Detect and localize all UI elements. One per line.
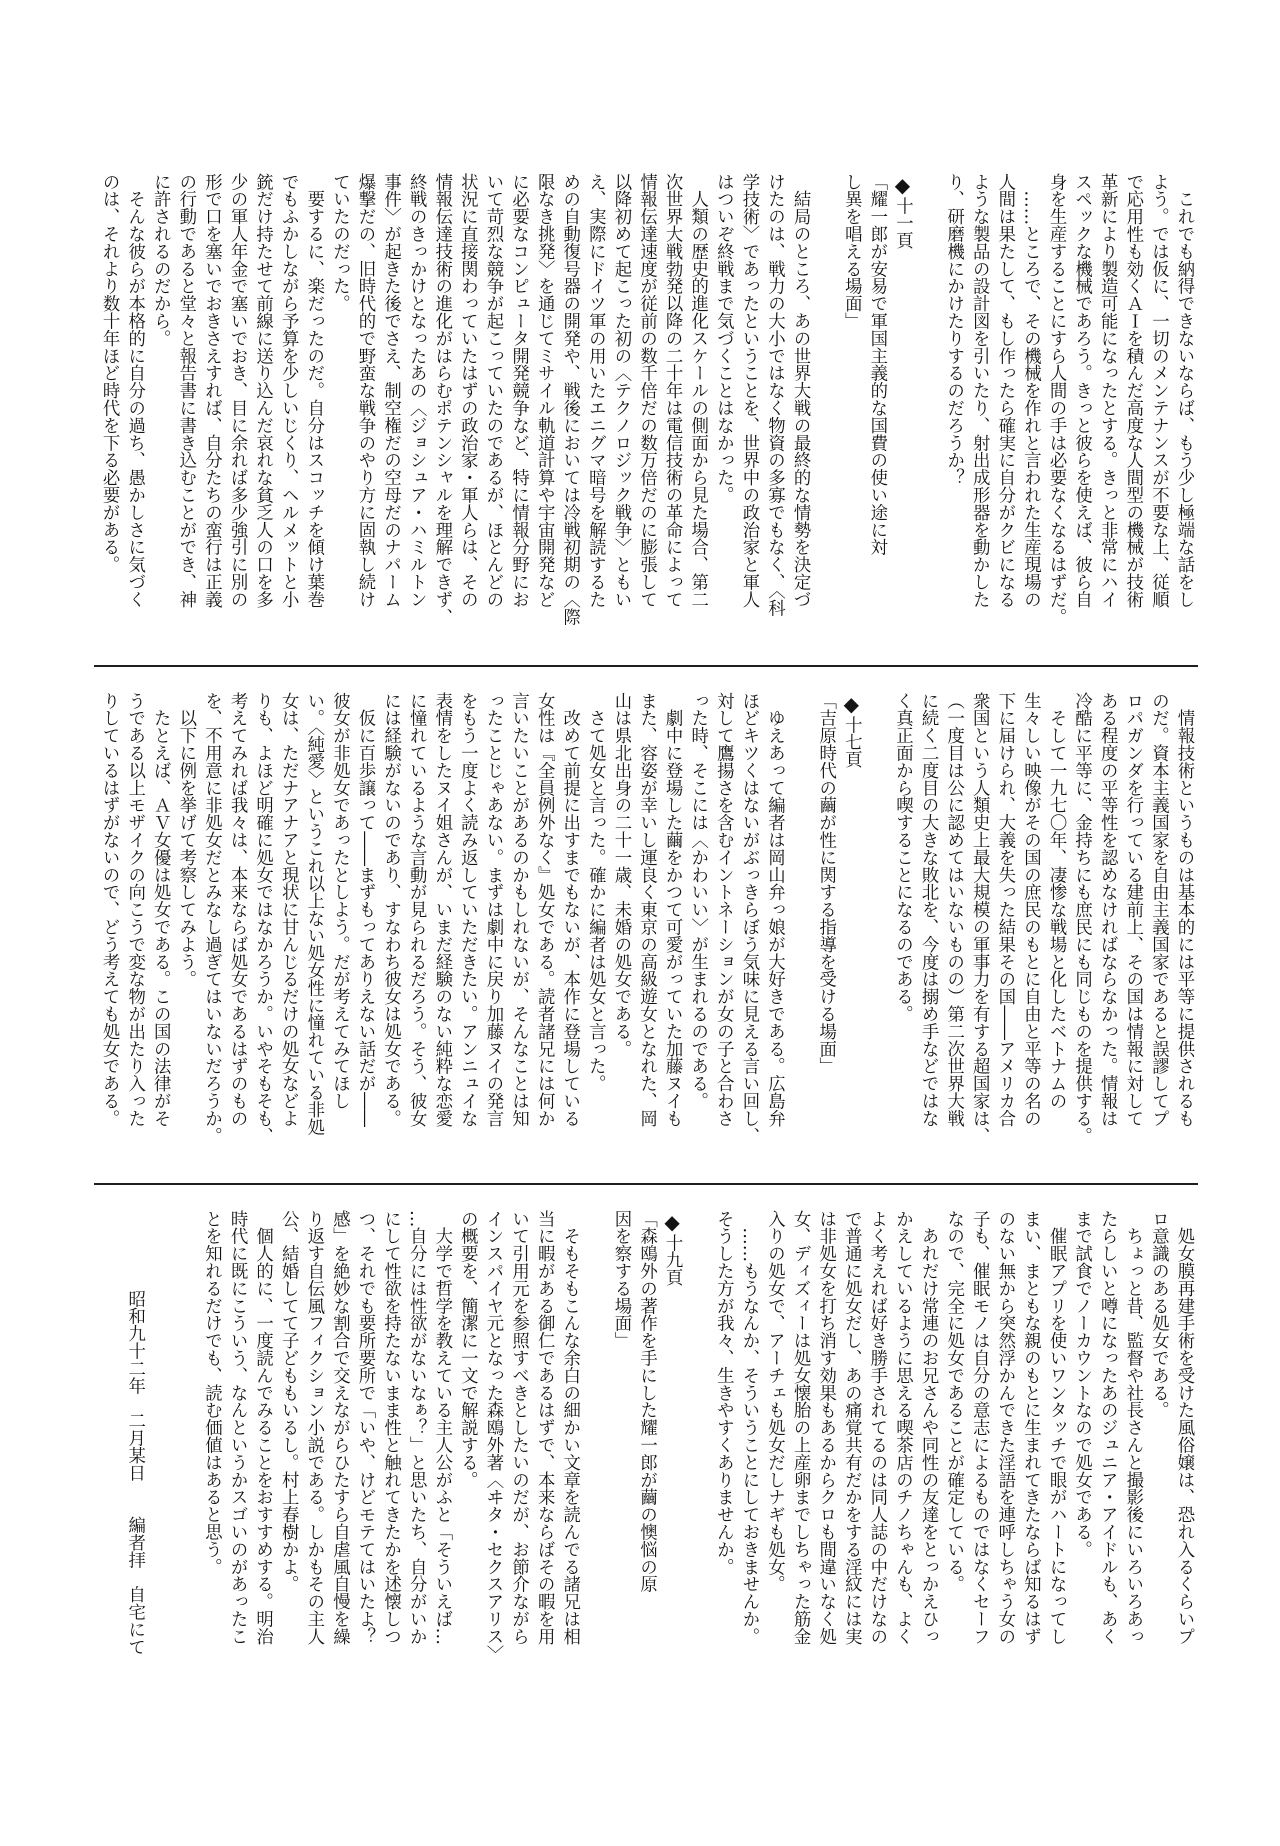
commentary-column: さて処女と言った。確かに編者は処女と言った。 xyxy=(582,692,608,1092)
text-column: 処女膜再建手術を受けた風俗嬢は、恐れ入るくらいプ xyxy=(1170,1210,1196,1645)
scene-caption-line: 「森鴎外の著作を手にした耀一郎が繭の懊悩の原 xyxy=(633,1210,659,1593)
column-spacer xyxy=(812,173,838,183)
text-column: スペックな機械であろう。きっと彼らを使えば、彼ら自 xyxy=(1068,173,1094,608)
commentary-column: 山は県北出身の二十一歳、未婚の処女である。 xyxy=(607,692,633,1057)
scene-caption-line: 「吉原時代の繭が性に関する指導を受ける場面」 xyxy=(812,692,838,1075)
text-column: 人間は果たして、もし作ったら確実に自分がクビになる xyxy=(991,173,1017,608)
section-heading: ◆十九頁 xyxy=(659,1210,685,1286)
commentary-column: 事件〉が起きた後でさえ、制空権だの空母だのナパーム xyxy=(377,173,403,608)
commentary-column: 対して鷹揚さを含むイントネーションが女の子と合わさ xyxy=(710,692,736,1127)
commentary-column: 女は、ただナアナアと現状に甘んじるだけの処女などよ xyxy=(275,692,301,1127)
text-column: 催眠アプリを使いワンタッチで眼がハートになってし xyxy=(1042,1210,1068,1645)
commentary-column: めの自動復号器の開発や、戦後においては冷戦初期の〈際 xyxy=(556,173,582,625)
text-column: で応用性も効くＡＩを積んだ高度な人間型の機械が技術 xyxy=(1119,173,1145,608)
commentary-column: の行動であると堂々と報告書に書き込むことができ、神 xyxy=(172,173,198,608)
column-spacer xyxy=(172,1210,198,1220)
document-page: これでも納得できないならば、もう少し極端な話をしよう。では仮に、一切のメンテナン… xyxy=(0,0,1280,1846)
text-column: 革新により製造可能になったとする。きっと非常にハイ xyxy=(1094,173,1120,608)
commentary-column: ていたのだった。 xyxy=(326,173,352,312)
commentary-column: には経験がないのであり、すなわち彼女は処女である。 xyxy=(377,692,403,1127)
text-column: 下に届けられ、大義を失った結果その国――アメリカ合 xyxy=(991,692,1017,1127)
text-column: 生々しい映像がその国の庶民のもとに自由と平等の名の xyxy=(1017,692,1043,1127)
column-spacer xyxy=(684,1210,710,1220)
commentary-column: はついぞ終戦まで気づくことはなかった。 xyxy=(710,173,736,504)
band-middle-section: 情報技術というものは基本的には平等に提供されるものだ。資本主義国家を自由主義国家… xyxy=(95,692,1196,1144)
text-column: ちょっと昔、監督や社長さんと撮影後にいろいろあっ xyxy=(1119,1210,1145,1645)
text-column: そして一九七〇年、凄惨な戦場と化したベトナムの xyxy=(1042,692,1068,1110)
commentary-column: に許されるのだから。 xyxy=(147,173,173,347)
commentary-column: 個人的に、一度読んでみることをおすすめする。明治 xyxy=(249,1210,275,1645)
commentary-column: でもふかしながら予算を少しいじくり、ヘルメットと小 xyxy=(275,173,301,608)
commentary-column: の概要を、簡潔に一文で解説する。 xyxy=(454,1210,480,1488)
text-column: これでも納得できないならば、もう少し極端な話をし xyxy=(1170,173,1196,608)
commentary-column: たとえば、ＡＶ女優は処女である。この国の法律がそ xyxy=(147,692,173,1127)
commentary-column: つ、それでも要所要所で「いや、けどモテてはいたよ？ xyxy=(351,1210,377,1645)
section-divider-rule xyxy=(94,665,1198,667)
commentary-column: いて苛烈な競争が起こっていたのであるが、ほとんどの xyxy=(479,173,505,608)
commentary-column: そもそもこんな余白の細かい文章を読んでる諸兄は相 xyxy=(556,1210,582,1645)
commentary-column: り返す自伝風フィクション小説である。しかもその主人 xyxy=(300,1210,326,1645)
commentary-column: インスパイヤ元となった森鴎外著〈ヰタ・セクスアリス〉 xyxy=(479,1210,505,1662)
text-column: 衆国という人類史上最大規模の軍事力を有する超国家は、 xyxy=(966,692,992,1144)
column-spacer xyxy=(787,692,813,702)
text-column: 女、ディズィーは処女懐胎の上産卵までしちゃった筋金 xyxy=(787,1210,813,1645)
commentary-column: 次世界大戦勃発以降の二十年は電信技術の革命によって xyxy=(659,173,685,608)
commentary-column: え、実際にドイツ軍の用いたエニグマ暗号を解読するた xyxy=(582,173,608,608)
commentary-column: 少の軍人年金で塞いでおき、目に余れば多少強引に別の xyxy=(223,173,249,608)
commentary-column: 彼女が非処女であったとしよう。だが考えてみてほし xyxy=(326,692,352,1110)
commentary-column: そんな彼らが本格的に自分の過ち、愚かしさに気づく xyxy=(121,173,147,608)
text-column: （一度目は公に認めてはいないものの）第二次世界大戦 xyxy=(940,692,966,1127)
page-reference-label: 十七頁 xyxy=(841,716,861,768)
commentary-column: 公、結婚してて子どももいるし。村上春樹かよ。 xyxy=(275,1210,301,1593)
section-divider-rule xyxy=(94,1183,1198,1185)
scene-caption-line: し異を唱える場面」 xyxy=(838,173,864,330)
commentary-column: をもう一度よく読み返していただきたい。アンニュイな xyxy=(454,692,480,1127)
text-column: よく考えれば好き勝手されてるのは同人誌の中だけなの xyxy=(863,1210,889,1645)
commentary-column: とを知れるだけでも、読む価値はあると思う。 xyxy=(198,1210,224,1575)
commentary-column: 以下に例を挙げて考察してみよう。 xyxy=(172,692,198,988)
text-column: で普通に処女だし、あの痛覚共有だかをする淫紋には実 xyxy=(838,1210,864,1645)
text-column: そうした方が我々、生きやすくありませんか。 xyxy=(710,1210,736,1575)
column-spacer xyxy=(863,692,889,702)
signature-dateline: 昭和九十二年 二月某日 編者拝 自宅にて xyxy=(121,1290,147,1655)
commentary-column: 結局のところ、あの世界大戦の最終的な情勢を決定づ xyxy=(787,173,813,608)
text-column: ロパガンダを行っている建前上、その国は情報に対して xyxy=(1119,692,1145,1127)
commentary-column: 情報伝達技術の進化がはらむポテンシャルを理解できず、 xyxy=(428,173,454,625)
scene-caption-line: 因を察する場面」 xyxy=(607,1210,633,1349)
text-column: まで試食でノーカウントなので処女である。 xyxy=(1068,1210,1094,1558)
commentary-column: 銃だけ持たせて前線に送り込んだ哀れな貧乏人の口を多 xyxy=(249,173,275,608)
text-column: のない無から突然浮かんできた淫語を連呼しちゃう女の xyxy=(991,1210,1017,1645)
text-column: あれだけ常連のお兄さんや同性の友達をとっかえひっ xyxy=(914,1210,940,1645)
commentary-column: った時、そこには〈かわいい〉が生まれるのである。 xyxy=(684,692,710,1110)
commentary-column: 以降初めて起こった初の〈テクノロジック戦争〉ともい xyxy=(607,173,633,608)
text-column: は非処女を打ち消す効果もあるからクロも間違いなく処 xyxy=(812,1210,838,1645)
commentary-column: を、不用意に非処女だとみなし過ぎてはいないだろうか。 xyxy=(198,692,224,1144)
text-column: 情報技術というものは基本的には平等に提供されるも xyxy=(1170,692,1196,1127)
commentary-column: 感」を絶妙な割合で交えながらひたすら自虐風自慢を繰 xyxy=(326,1210,352,1645)
text-column: ……ところで、その機械を作れと言われた生産現場の xyxy=(1017,173,1043,608)
column-spacer xyxy=(914,173,940,183)
commentary-column: のは、それより数十年ほど時代を下る必要がある。 xyxy=(95,173,121,573)
commentary-column: 終戦のきっかけとなったあの〈ジョシュア・ハミルトン xyxy=(403,173,429,608)
commentary-column: に必要なコンピュータ開発競争など、特に情報分野にお xyxy=(505,173,531,608)
commentary-column: 状況に直接関わっていたはずの政治家・軍人らは、その xyxy=(454,173,480,608)
page-reference-label: 十一頁 xyxy=(892,197,912,249)
commentary-column: けたのは、戦力の大小ではなく物資の多寡でもなく、〈科 xyxy=(761,173,787,617)
commentary-column: 言いたいことがあるのかもしれないが、そんなことは知 xyxy=(505,692,531,1127)
commentary-column: 時代に既にこういう、なんというかスゴいのがあったこ xyxy=(223,1210,249,1645)
column-spacer xyxy=(582,1210,608,1220)
commentary-column: ったことじゃあない。まずは劇中に戻り加藤ヌイの発言 xyxy=(479,692,505,1127)
text-column: 冷酷に平等に、金持ちにも庶民にも同じものを提供する。 xyxy=(1068,692,1094,1144)
commentary-column: 女性は『全員例外なく』処女である。読者諸兄には何か xyxy=(531,692,557,1127)
text-column: り、研磨機にかけたりするのだろうか？ xyxy=(940,173,966,486)
commentary-column: 学技術〉であったということを、世界中の政治家と軍人 xyxy=(735,173,761,608)
commentary-column: 考えてみれば我々は、本来ならば処女であるはずのもの xyxy=(223,692,249,1127)
text-column: に続く二度目の大きな敗北を、今度は搦め手などではな xyxy=(914,692,940,1127)
commentary-column: 情報伝達速度が従前の数千倍だの数万倍だのに膨張して xyxy=(633,173,659,608)
commentary-column: 表情をしたヌイ姐さんが、いまだ経験のない純粋な恋愛 xyxy=(428,692,454,1127)
text-column: ……もうなんか、そういうことにしておきませんか。 xyxy=(735,1210,761,1645)
commentary-column: い。〈純愛〉というこれ以上ない処女性に憧れている非処 xyxy=(300,692,326,1136)
text-column: なので、完全に処女であることが確定している。 xyxy=(940,1210,966,1593)
commentary-column: 限なき挑発〉を通じてミサイル軌道計算や宇宙開発など xyxy=(531,173,557,608)
commentary-column: …自分には性欲がないなぁ？」と思いたち、自分がいか xyxy=(403,1210,429,1645)
commentary-column: 要するに、楽だったのだ。自分はスコッチを傾け葉巻 xyxy=(300,173,326,608)
commentary-column: 仮に百歩譲って――まずもってありえない話だが―― xyxy=(351,692,377,1127)
text-column: ロ意識のある処女である。 xyxy=(1145,1210,1171,1419)
commentary-column: にして性欲を持たないまま性と触れてきたかを述懐しつ xyxy=(377,1210,403,1645)
commentary-column: 改めて前提に出すまでもないが、本作に登場している xyxy=(556,692,582,1127)
commentary-column: りも、よほど明確に処女ではなかろうか。いやそもそも、 xyxy=(249,692,275,1144)
section-heading: ◆十一頁 xyxy=(889,173,915,249)
band-bottom-section: 処女膜再建手術を受けた風俗嬢は、恐れ入るくらいプロ意識のある処女である。 ちょっ… xyxy=(121,1210,1196,1662)
commentary-column: 爆撃だの、旧時代的で野蛮な戦争のやり方に固執し続け xyxy=(351,173,377,608)
diamond-icon: ◆ xyxy=(889,173,915,197)
commentary-column: 人類の歴史的進化スケールの側面から見た場合、第二 xyxy=(684,173,710,608)
scene-caption-line: 「耀一郎が安易で軍国主義的な国費の使い途に対 xyxy=(863,173,889,556)
text-column: く真正面から喫することになるのである。 xyxy=(889,692,915,1023)
commentary-column: りしているはずがないので、どう考えても処女である。 xyxy=(95,692,121,1127)
commentary-column: また、容姿が幸いし運良く東京の高級遊女となれた、岡 xyxy=(633,692,659,1127)
commentary-column: 劇中に登場した繭をかつて可愛がっていた加藤ヌイも xyxy=(659,692,685,1127)
text-column: ような製品の設計図を引いたり、射出成形器を動かした xyxy=(966,173,992,608)
commentary-column: 大学で哲学を教えている主人公がふと「そういえば… xyxy=(428,1210,454,1645)
column-spacer xyxy=(147,1210,173,1220)
commentary-column: うである以上モザイクの向こうで変な物が出たり入った xyxy=(121,692,147,1127)
text-column: かえしているように思える喫茶店のチノちゃんも、よく xyxy=(889,1210,915,1645)
diamond-icon: ◆ xyxy=(659,1210,685,1234)
text-column: よう。では仮に、一切のメンテナンスが不要な上、従順 xyxy=(1145,173,1171,608)
page-reference-label: 十九頁 xyxy=(662,1234,682,1286)
text-column: 子も、催眠モノは自分の意志によるものではなくセーフ xyxy=(966,1210,992,1645)
commentary-column: ゆえあって編者は岡山弁っ娘が大好きである。広島弁 xyxy=(761,692,787,1127)
diamond-icon: ◆ xyxy=(838,692,864,716)
commentary-column: ほどキツくはないがぶっきらぼう気味に見える言い回し、 xyxy=(735,692,761,1144)
text-column: 身を生産することにすら人間の手は必要なくなるはずだ。 xyxy=(1042,173,1068,625)
band-top-section: これでも納得できないならば、もう少し極端な話をしよう。では仮に、一切のメンテナン… xyxy=(95,173,1196,625)
commentary-column: に憧れているような言動が見られるだろう。そう、彼女 xyxy=(403,692,429,1127)
text-column: のだ。資本主義国家を自由主義国家であると誤謬してプ xyxy=(1145,692,1171,1127)
text-column: ある程度の平等性を認めなければならなかった。情報は xyxy=(1094,692,1120,1127)
text-column: まい、まともな親のもとに生まれてきたならば知るはず xyxy=(1017,1210,1043,1645)
commentary-column: 形で口を塞いでおきさえすれば、自分たちの蛮行は正義 xyxy=(198,173,224,608)
text-column: たらしいと噂になったあのジュニア・アイドルも、あく xyxy=(1094,1210,1120,1645)
section-heading: ◆十七頁 xyxy=(838,692,864,768)
commentary-column: いて引用元を参照すべきとしたいのだが、お節介ながら xyxy=(505,1210,531,1645)
commentary-column: 当に暇がある御仁であるはずで、本来ならばその暇を用 xyxy=(531,1210,557,1645)
text-column: 入りの処女で、アーチェも処女だしナギも処女。 xyxy=(761,1210,787,1593)
